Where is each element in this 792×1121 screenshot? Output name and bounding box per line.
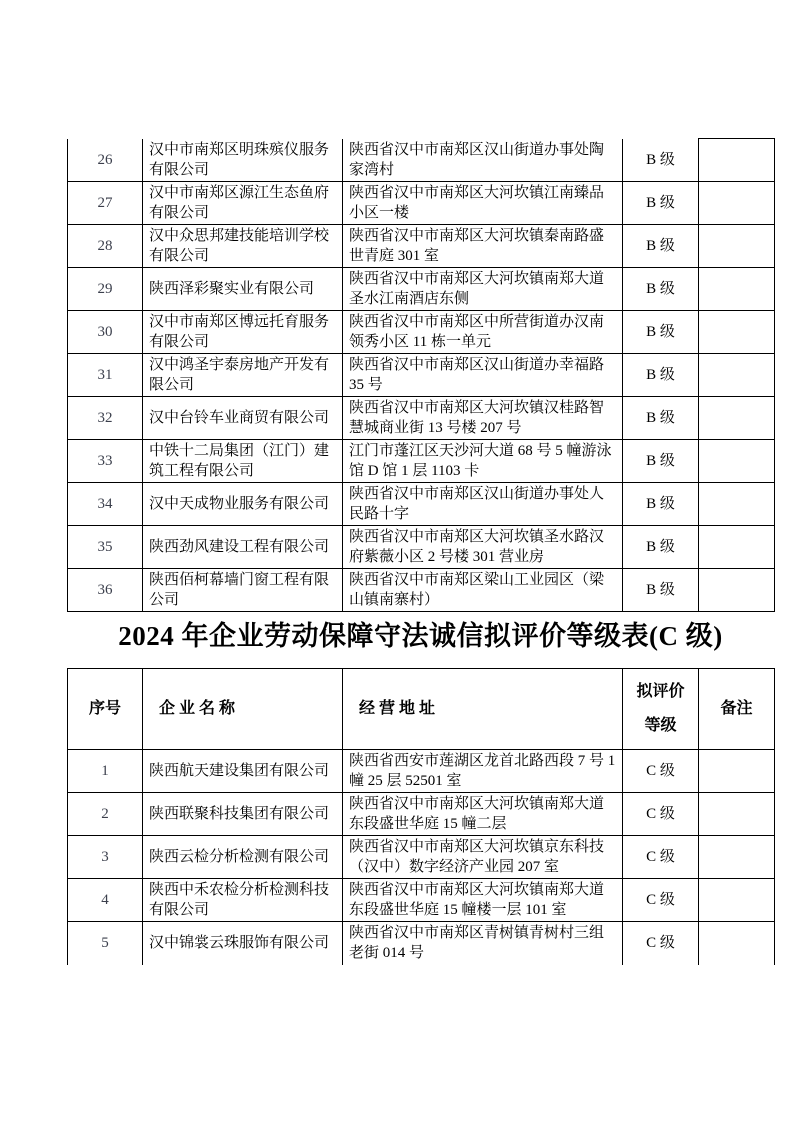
company-address: 陕西省汉中市南郑区大河坎镇秦南路盛世青庭 301 室 bbox=[343, 224, 623, 267]
row-seq: 36 bbox=[68, 568, 143, 611]
row-seq: 3 bbox=[68, 836, 143, 879]
company-address: 陕西省汉中市南郑区汉山街道办幸福路 35 号 bbox=[343, 353, 623, 396]
note-cell bbox=[699, 879, 775, 922]
table-row: 5 汉中锦裳云珠服饰有限公司 陕西省汉中市南郑区青树镇青树村三组老街 014 号… bbox=[68, 922, 775, 965]
row-seq: 33 bbox=[68, 439, 143, 482]
note-cell bbox=[699, 353, 775, 396]
note-cell bbox=[699, 396, 775, 439]
note-cell bbox=[699, 750, 775, 793]
company-name: 中铁十二局集团（江门）建筑工程有限公司 bbox=[143, 439, 343, 482]
company-name: 汉中众思邦建技能培训学校有限公司 bbox=[143, 224, 343, 267]
company-address: 陕西省汉中市南郑区大河坎镇南郑大道东段盛世华庭 15 幢二层 bbox=[343, 793, 623, 836]
company-name: 陕西中禾农检分析检测科技有限公司 bbox=[143, 879, 343, 922]
company-name: 陕西航天建设集团有限公司 bbox=[143, 750, 343, 793]
grade-value: C 级 bbox=[623, 793, 699, 836]
company-name: 汉中锦裳云珠服饰有限公司 bbox=[143, 922, 343, 965]
table-row: 34 汉中天成物业服务有限公司 陕西省汉中市南郑区汉山街道办事处人民路十字 B … bbox=[68, 482, 775, 525]
table-row: 36 陕西佰柯幕墙门窗工程有限公司 陕西省汉中市南郑区梁山工业园区（梁山镇南寨村… bbox=[68, 568, 775, 611]
header-note: 备注 bbox=[699, 669, 775, 750]
company-address: 陕西省汉中市南郑区大河坎镇江南臻品小区一楼 bbox=[343, 181, 623, 224]
row-seq: 29 bbox=[68, 267, 143, 310]
company-address: 陕西省汉中市南郑区梁山工业园区（梁山镇南寨村） bbox=[343, 568, 623, 611]
table-row: 33 中铁十二局集团（江门）建筑工程有限公司 江门市蓬江区天沙河大道 68 号 … bbox=[68, 439, 775, 482]
table-row: 31 汉中鸿圣宇泰房地产开发有限公司 陕西省汉中市南郑区汉山街道办幸福路 35 … bbox=[68, 353, 775, 396]
company-address: 陕西省汉中市南郑区青树镇青树村三组老街 014 号 bbox=[343, 922, 623, 965]
grade-table-b: 26 汉中市南郑区明珠殡仪服务有限公司 陕西省汉中市南郑区汉山街道办事处陶家湾村… bbox=[67, 138, 775, 612]
row-seq: 32 bbox=[68, 396, 143, 439]
company-name: 陕西劲风建设工程有限公司 bbox=[143, 525, 343, 568]
document-page: 26 汉中市南郑区明珠殡仪服务有限公司 陕西省汉中市南郑区汉山街道办事处陶家湾村… bbox=[0, 0, 792, 1121]
grade-value: B 级 bbox=[623, 396, 699, 439]
grade-value: B 级 bbox=[623, 267, 699, 310]
company-name: 陕西泽彩聚实业有限公司 bbox=[143, 267, 343, 310]
company-address: 陕西省西安市莲湖区龙首北路西段 7 号 1 幢 25 层 52501 室 bbox=[343, 750, 623, 793]
grade-value: B 级 bbox=[623, 525, 699, 568]
note-cell bbox=[699, 310, 775, 353]
company-name: 汉中台铃车业商贸有限公司 bbox=[143, 396, 343, 439]
company-address: 江门市蓬江区天沙河大道 68 号 5 幢游泳馆 D 馆 1 层 1103 卡 bbox=[343, 439, 623, 482]
company-address: 陕西省汉中市南郑区汉山街道办事处人民路十字 bbox=[343, 482, 623, 525]
grade-value: B 级 bbox=[623, 568, 699, 611]
header-address: 经 营 地 址 bbox=[343, 669, 623, 750]
note-cell bbox=[699, 181, 775, 224]
table-row: 28 汉中众思邦建技能培训学校有限公司 陕西省汉中市南郑区大河坎镇秦南路盛世青庭… bbox=[68, 224, 775, 267]
note-cell bbox=[699, 836, 775, 879]
grade-value: B 级 bbox=[623, 439, 699, 482]
table-row: 2 陕西联聚科技集团有限公司 陕西省汉中市南郑区大河坎镇南郑大道东段盛世华庭 1… bbox=[68, 793, 775, 836]
row-seq: 2 bbox=[68, 793, 143, 836]
grade-value: B 级 bbox=[623, 353, 699, 396]
table-row: 29 陕西泽彩聚实业有限公司 陕西省汉中市南郑区大河坎镇南郑大道圣水江南酒店东侧… bbox=[68, 267, 775, 310]
grade-value: B 级 bbox=[623, 139, 699, 182]
company-address: 陕西省汉中市南郑区大河坎镇汉桂路智慧城商业街 13 号楼 207 号 bbox=[343, 396, 623, 439]
note-cell bbox=[699, 267, 775, 310]
company-name: 陕西佰柯幕墙门窗工程有限公司 bbox=[143, 568, 343, 611]
table-row: 26 汉中市南郑区明珠殡仪服务有限公司 陕西省汉中市南郑区汉山街道办事处陶家湾村… bbox=[68, 139, 775, 182]
company-name: 汉中天成物业服务有限公司 bbox=[143, 482, 343, 525]
header-seq: 序号 bbox=[68, 669, 143, 750]
note-cell bbox=[699, 793, 775, 836]
table-row: 4 陕西中禾农检分析检测科技有限公司 陕西省汉中市南郑区大河坎镇南郑大道东段盛世… bbox=[68, 879, 775, 922]
grade-table-c: 序号 企 业 名 称 经 营 地 址 拟评价 等级 备注 1 陕西航天建设集团有… bbox=[67, 668, 775, 965]
grade-value: C 级 bbox=[623, 836, 699, 879]
row-seq: 28 bbox=[68, 224, 143, 267]
row-seq: 34 bbox=[68, 482, 143, 525]
company-name: 陕西云检分析检测有限公司 bbox=[143, 836, 343, 879]
note-cell bbox=[699, 568, 775, 611]
note-cell bbox=[699, 224, 775, 267]
row-seq: 26 bbox=[68, 139, 143, 182]
header-grade: 拟评价 等级 bbox=[623, 669, 699, 750]
company-address: 陕西省汉中市南郑区汉山街道办事处陶家湾村 bbox=[343, 139, 623, 182]
note-cell bbox=[699, 922, 775, 965]
grade-value: C 级 bbox=[623, 922, 699, 965]
company-name: 汉中鸿圣宇泰房地产开发有限公司 bbox=[143, 353, 343, 396]
table-row: 27 汉中市南郑区源江生态鱼府有限公司 陕西省汉中市南郑区大河坎镇江南臻品小区一… bbox=[68, 181, 775, 224]
company-name: 汉中市南郑区源江生态鱼府有限公司 bbox=[143, 181, 343, 224]
table-row: 35 陕西劲风建设工程有限公司 陕西省汉中市南郑区大河坎镇圣水路汉府紫薇小区 2… bbox=[68, 525, 775, 568]
company-address: 陕西省汉中市南郑区大河坎镇南郑大道东段盛世华庭 15 幢楼一层 101 室 bbox=[343, 879, 623, 922]
company-address: 陕西省汉中市南郑区大河坎镇京东科技（汉中）数字经济产业园 207 室 bbox=[343, 836, 623, 879]
company-name: 汉中市南郑区博远托育服务有限公司 bbox=[143, 310, 343, 353]
page-title: 2024 年企业劳动保障守法诚信拟评价等级表(C 级) bbox=[67, 612, 774, 660]
header-row: 序号 企 业 名 称 经 营 地 址 拟评价 等级 备注 bbox=[68, 669, 775, 750]
row-seq: 4 bbox=[68, 879, 143, 922]
grade-value: B 级 bbox=[623, 181, 699, 224]
note-cell bbox=[699, 139, 775, 182]
table-row: 3 陕西云检分析检测有限公司 陕西省汉中市南郑区大河坎镇京东科技（汉中）数字经济… bbox=[68, 836, 775, 879]
table-row: 30 汉中市南郑区博远托育服务有限公司 陕西省汉中市南郑区中所营街道办汉南领秀小… bbox=[68, 310, 775, 353]
grade-value: B 级 bbox=[623, 482, 699, 525]
company-address: 陕西省汉中市南郑区大河坎镇南郑大道圣水江南酒店东侧 bbox=[343, 267, 623, 310]
table-row: 32 汉中台铃车业商贸有限公司 陕西省汉中市南郑区大河坎镇汉桂路智慧城商业街 1… bbox=[68, 396, 775, 439]
row-seq: 35 bbox=[68, 525, 143, 568]
company-address: 陕西省汉中市南郑区中所营街道办汉南领秀小区 11 栋一单元 bbox=[343, 310, 623, 353]
note-cell bbox=[699, 482, 775, 525]
grade-value: B 级 bbox=[623, 224, 699, 267]
table-row: 1 陕西航天建设集团有限公司 陕西省西安市莲湖区龙首北路西段 7 号 1 幢 2… bbox=[68, 750, 775, 793]
grade-value: C 级 bbox=[623, 879, 699, 922]
grade-value: B 级 bbox=[623, 310, 699, 353]
header-grade-line2: 等级 bbox=[623, 716, 698, 736]
note-cell bbox=[699, 525, 775, 568]
row-seq: 31 bbox=[68, 353, 143, 396]
row-seq: 30 bbox=[68, 310, 143, 353]
header-company-name: 企 业 名 称 bbox=[143, 669, 343, 750]
company-address: 陕西省汉中市南郑区大河坎镇圣水路汉府紫薇小区 2 号楼 301 营业房 bbox=[343, 525, 623, 568]
row-seq: 27 bbox=[68, 181, 143, 224]
header-grade-line1: 拟评价 bbox=[623, 682, 698, 702]
grade-value: C 级 bbox=[623, 750, 699, 793]
row-seq: 1 bbox=[68, 750, 143, 793]
company-name: 陕西联聚科技集团有限公司 bbox=[143, 793, 343, 836]
company-name: 汉中市南郑区明珠殡仪服务有限公司 bbox=[143, 139, 343, 182]
note-cell bbox=[699, 439, 775, 482]
row-seq: 5 bbox=[68, 922, 143, 965]
